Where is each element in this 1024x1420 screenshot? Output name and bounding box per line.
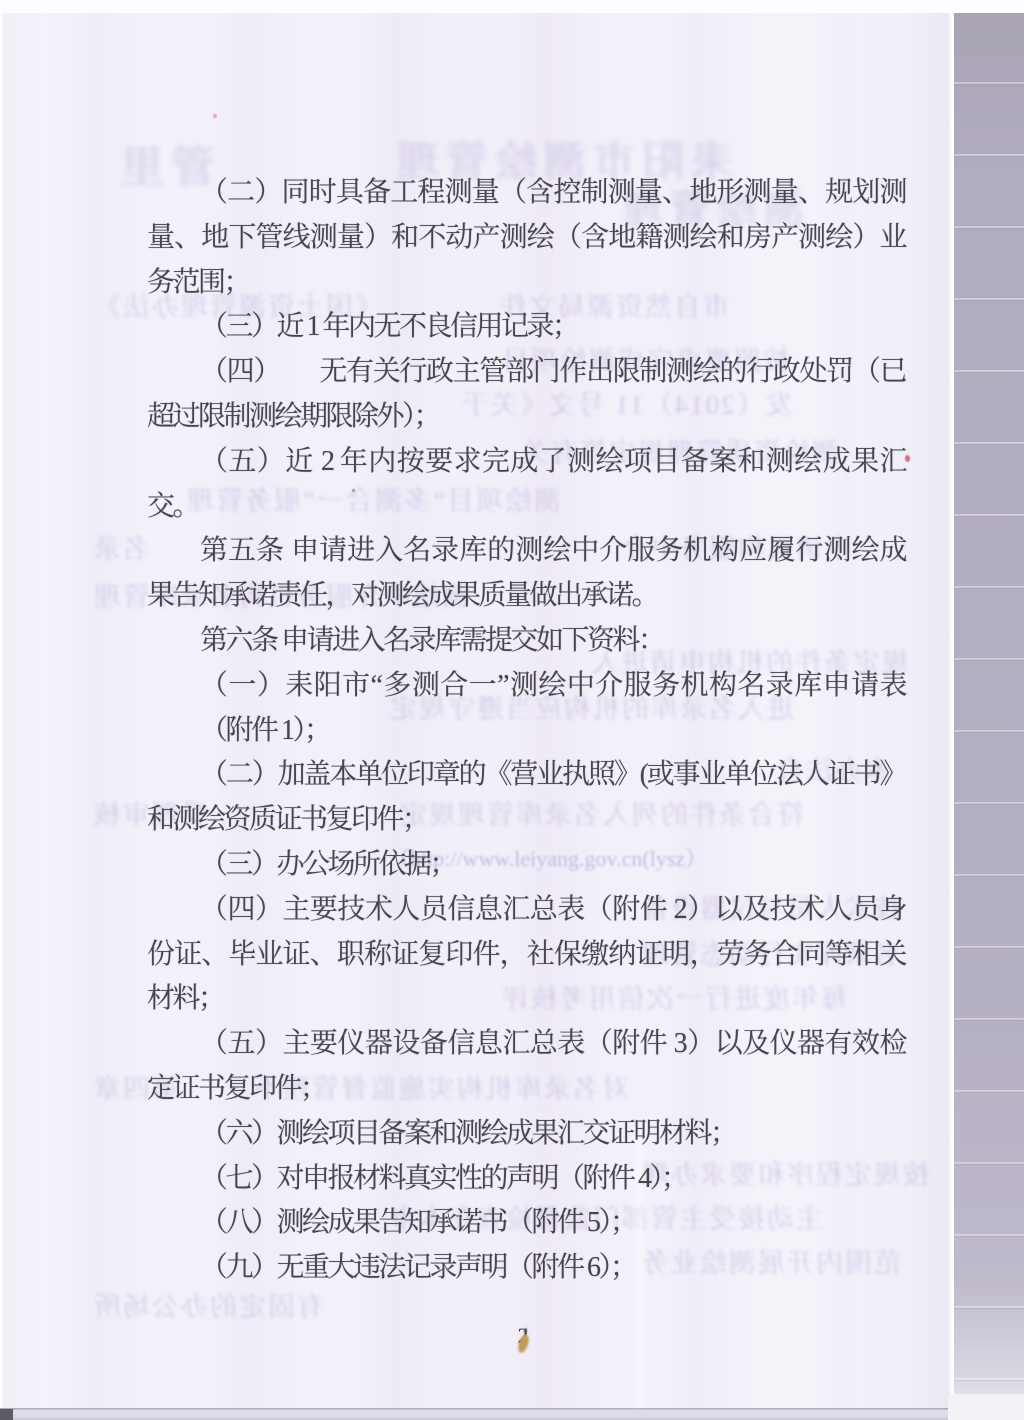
document-line: （三）办公场所依据； [147,843,905,888]
bleed-through-ghost-text: 有固定的办公场所 [92,1294,324,1321]
document-line: （附件 1）； [147,709,905,754]
document-line: 交。 [147,485,905,530]
document-line: 第六条 申请进入名录库需提交如下资料： [147,619,905,664]
document-line: 定证书复印件； [147,1067,905,1112]
document-line: 份证、毕业证、职称证复印件，社保缴纳证明，劳务合同等相关 [147,933,905,978]
document-line: 材料； [147,977,905,1022]
document-line: （五）近 2 年内按要求完成了测绘项目备案和测绘成果汇 [147,440,905,485]
document-body-text: （二）同时具备工程测量（含控制测量、地形测量、规划测量、地下管线测量）和不动产测… [147,171,905,1291]
scan-shadow-corner [0,1409,13,1420]
document-line: 和测绘资质证书复印件； [147,798,905,843]
document-line: （九）无重大违法记录声明（附件 6）； [147,1246,905,1291]
red-speck [905,455,910,462]
paper-left-edge [0,13,3,1408]
document-line: （二）加盖本单位印章的《营业执照》(或事业单位法人证书》 [147,753,905,798]
document-line: 果告知承诺责任，对测绘成果质量做出承诺。 [147,574,905,619]
document-line: （七）对申报材料真实性的声明（附件 4）； [147,1157,905,1202]
paper-sheet: 里管耒阳市测绘管理测绘管理《国土资源管理办法》市自然资源局文件按照要求完成测绘项… [0,13,953,1408]
document-line: （八）测绘成果告知承诺书（附件 5）； [147,1201,905,1246]
scanned-document-page: 里管耒阳市测绘管理测绘管理《国土资源管理办法》市自然资源局文件按照要求完成测绘项… [0,0,1024,1420]
bleed-through-ghost-text: 名录 [92,536,150,563]
gray-speck [352,489,355,492]
document-line: 务范围； [147,261,905,306]
document-line: 第五条 申请进入名录库的测绘中介服务机构应履行测绘成 [147,529,905,574]
document-line: （五）主要仪器设备信息汇总表（附件 3）以及仪器有效检 [147,1022,905,1067]
underlying-lined-page-edge [953,13,1024,1420]
document-line: （四）主要技术人员信息汇总表（附件 2）以及技术人员身 [147,888,905,933]
document-line: （一）耒阳市“多测合一”测绘中介服务机构名录库申请表 [147,664,905,709]
scanner-edge-top [0,0,1024,13]
scanner-edge-bottom-right [948,1394,1024,1420]
pink-speck [213,114,217,118]
document-line: （三）近 1 年内无不良信用记录； [147,305,905,350]
paper-bottom-edge [0,1408,953,1420]
document-line: 量、地下管线测量）和不动产测绘（含地籍测绘和房产测绘）业 [147,216,905,261]
document-line: 超过限制测绘期限除外）； [147,395,905,440]
document-line: （六）测绘项目备案和测绘成果汇交证明材料； [147,1112,905,1157]
document-line: （二）同时具备工程测量（含控制测量、地形测量、规划测 [147,171,905,216]
document-line: （四） 无有关行政主管部门作出限制测绘的行政处罚（已 [147,350,905,395]
